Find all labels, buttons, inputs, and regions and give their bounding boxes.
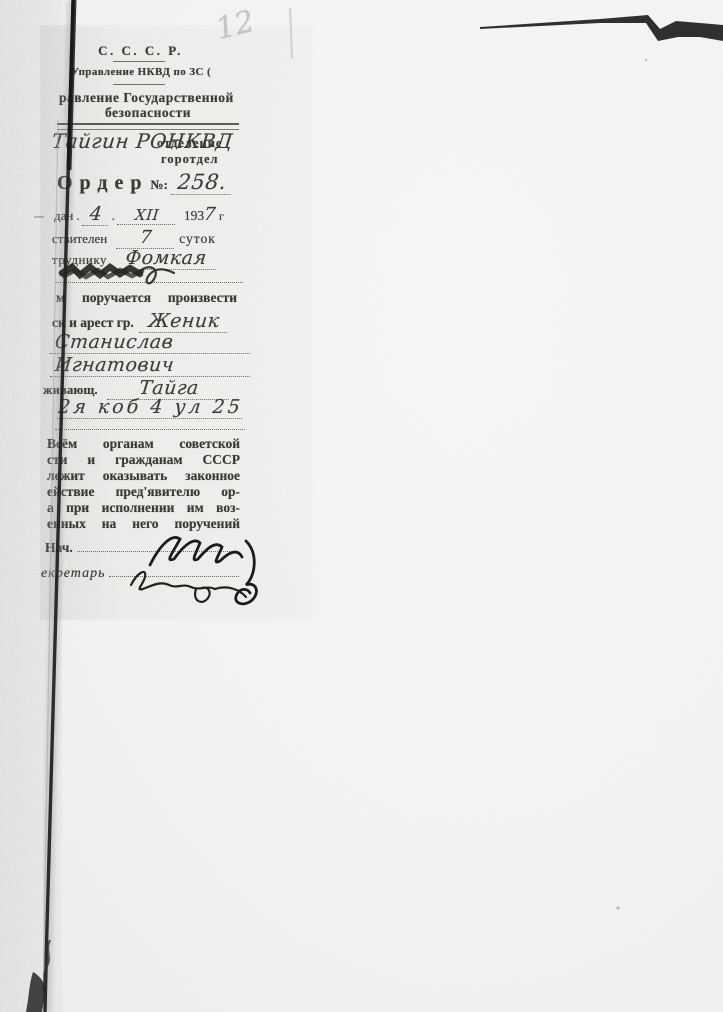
header-dept-line2: безопасности [59,105,237,121]
office-city-dept: горотдел [161,152,219,167]
arrest-row: ск и арест гр. Женик [52,310,228,333]
issue-date-row: дан . 4 . XII 193 7 г [54,203,224,226]
dot: . [76,208,79,224]
validity-days: 7 [116,227,176,249]
crossed-out-line [55,281,243,283]
assignment-line1: м поручается произвести [56,290,237,306]
secretary-signature-line [109,576,239,577]
notice-line-2: сти и гражданам СССР [47,452,240,468]
secretary-signature-row: екретарь [41,566,241,582]
officer-label: труднику [52,252,107,268]
order-number-value: 258. [171,170,234,195]
validity-suffix: суток [179,231,216,247]
issued-year-digit: 7 [203,204,217,225]
separator-line [55,428,245,430]
notice-line-3: лежит оказывать законное [47,468,240,484]
scanned-page: 12 С. С. С. Р. Управление НКВД по ЗС ( р… [0,0,723,1012]
issued-month: XII [117,206,177,225]
header-dept-line1: равление Государственной [59,90,234,106]
secretary-label: екретарь [41,566,105,582]
notice-line-6: енных на него поручений [47,516,240,532]
dot: . [112,208,115,224]
validity-row: ствителен 7 суток [52,227,216,249]
order-no-label: №: [151,177,168,193]
arrest-label: ск и арест гр. [52,315,134,331]
issued-day: 4 [81,203,109,226]
officer-name: Фомкая [114,247,218,270]
arrest-surname: Женик [139,310,229,333]
arrest-patronymic: Игнатович [50,354,252,377]
warrant-form: С. С. С. Р. Управление НКВД по ЗС ( равл… [0,0,723,1012]
issued-year-printed: 193 [184,208,204,224]
chief-label: Нач. [45,540,73,556]
order-number-row: Ордер №: 258. [57,170,232,195]
validity-label: ствителен [52,231,107,247]
notice-line-1: Всём органам советской [47,436,240,452]
issued-label: дан [54,208,73,224]
office-unit: отделение [157,136,222,151]
notice-line-5: а при исполнении им воз- [47,500,240,516]
issued-year-suffix: г [219,209,224,224]
notice-line-4: ействие пред'явителю ор- [47,484,240,500]
arrest-first-name-row: Станислав [51,331,251,354]
arrest-patronymic-row: Игнатович [51,354,251,377]
header-country: С. С. С. Р. [93,43,188,59]
officer-row: труднику Фомкая [52,247,217,270]
order-title: Ордер [57,172,149,195]
header-directorate: Управление НКВД по ЗС ( [71,66,211,78]
header-rule-top [113,61,165,62]
chief-signature-line [77,551,238,552]
residence-address-row: 2я коб 4 ул 25 [58,396,243,419]
arrest-first-name: Станислав [50,331,252,354]
residence-address: 2я коб 4 ул 25 [57,396,244,419]
header-rule-mid [113,84,165,85]
chief-signature-row: Нач. [45,540,240,556]
